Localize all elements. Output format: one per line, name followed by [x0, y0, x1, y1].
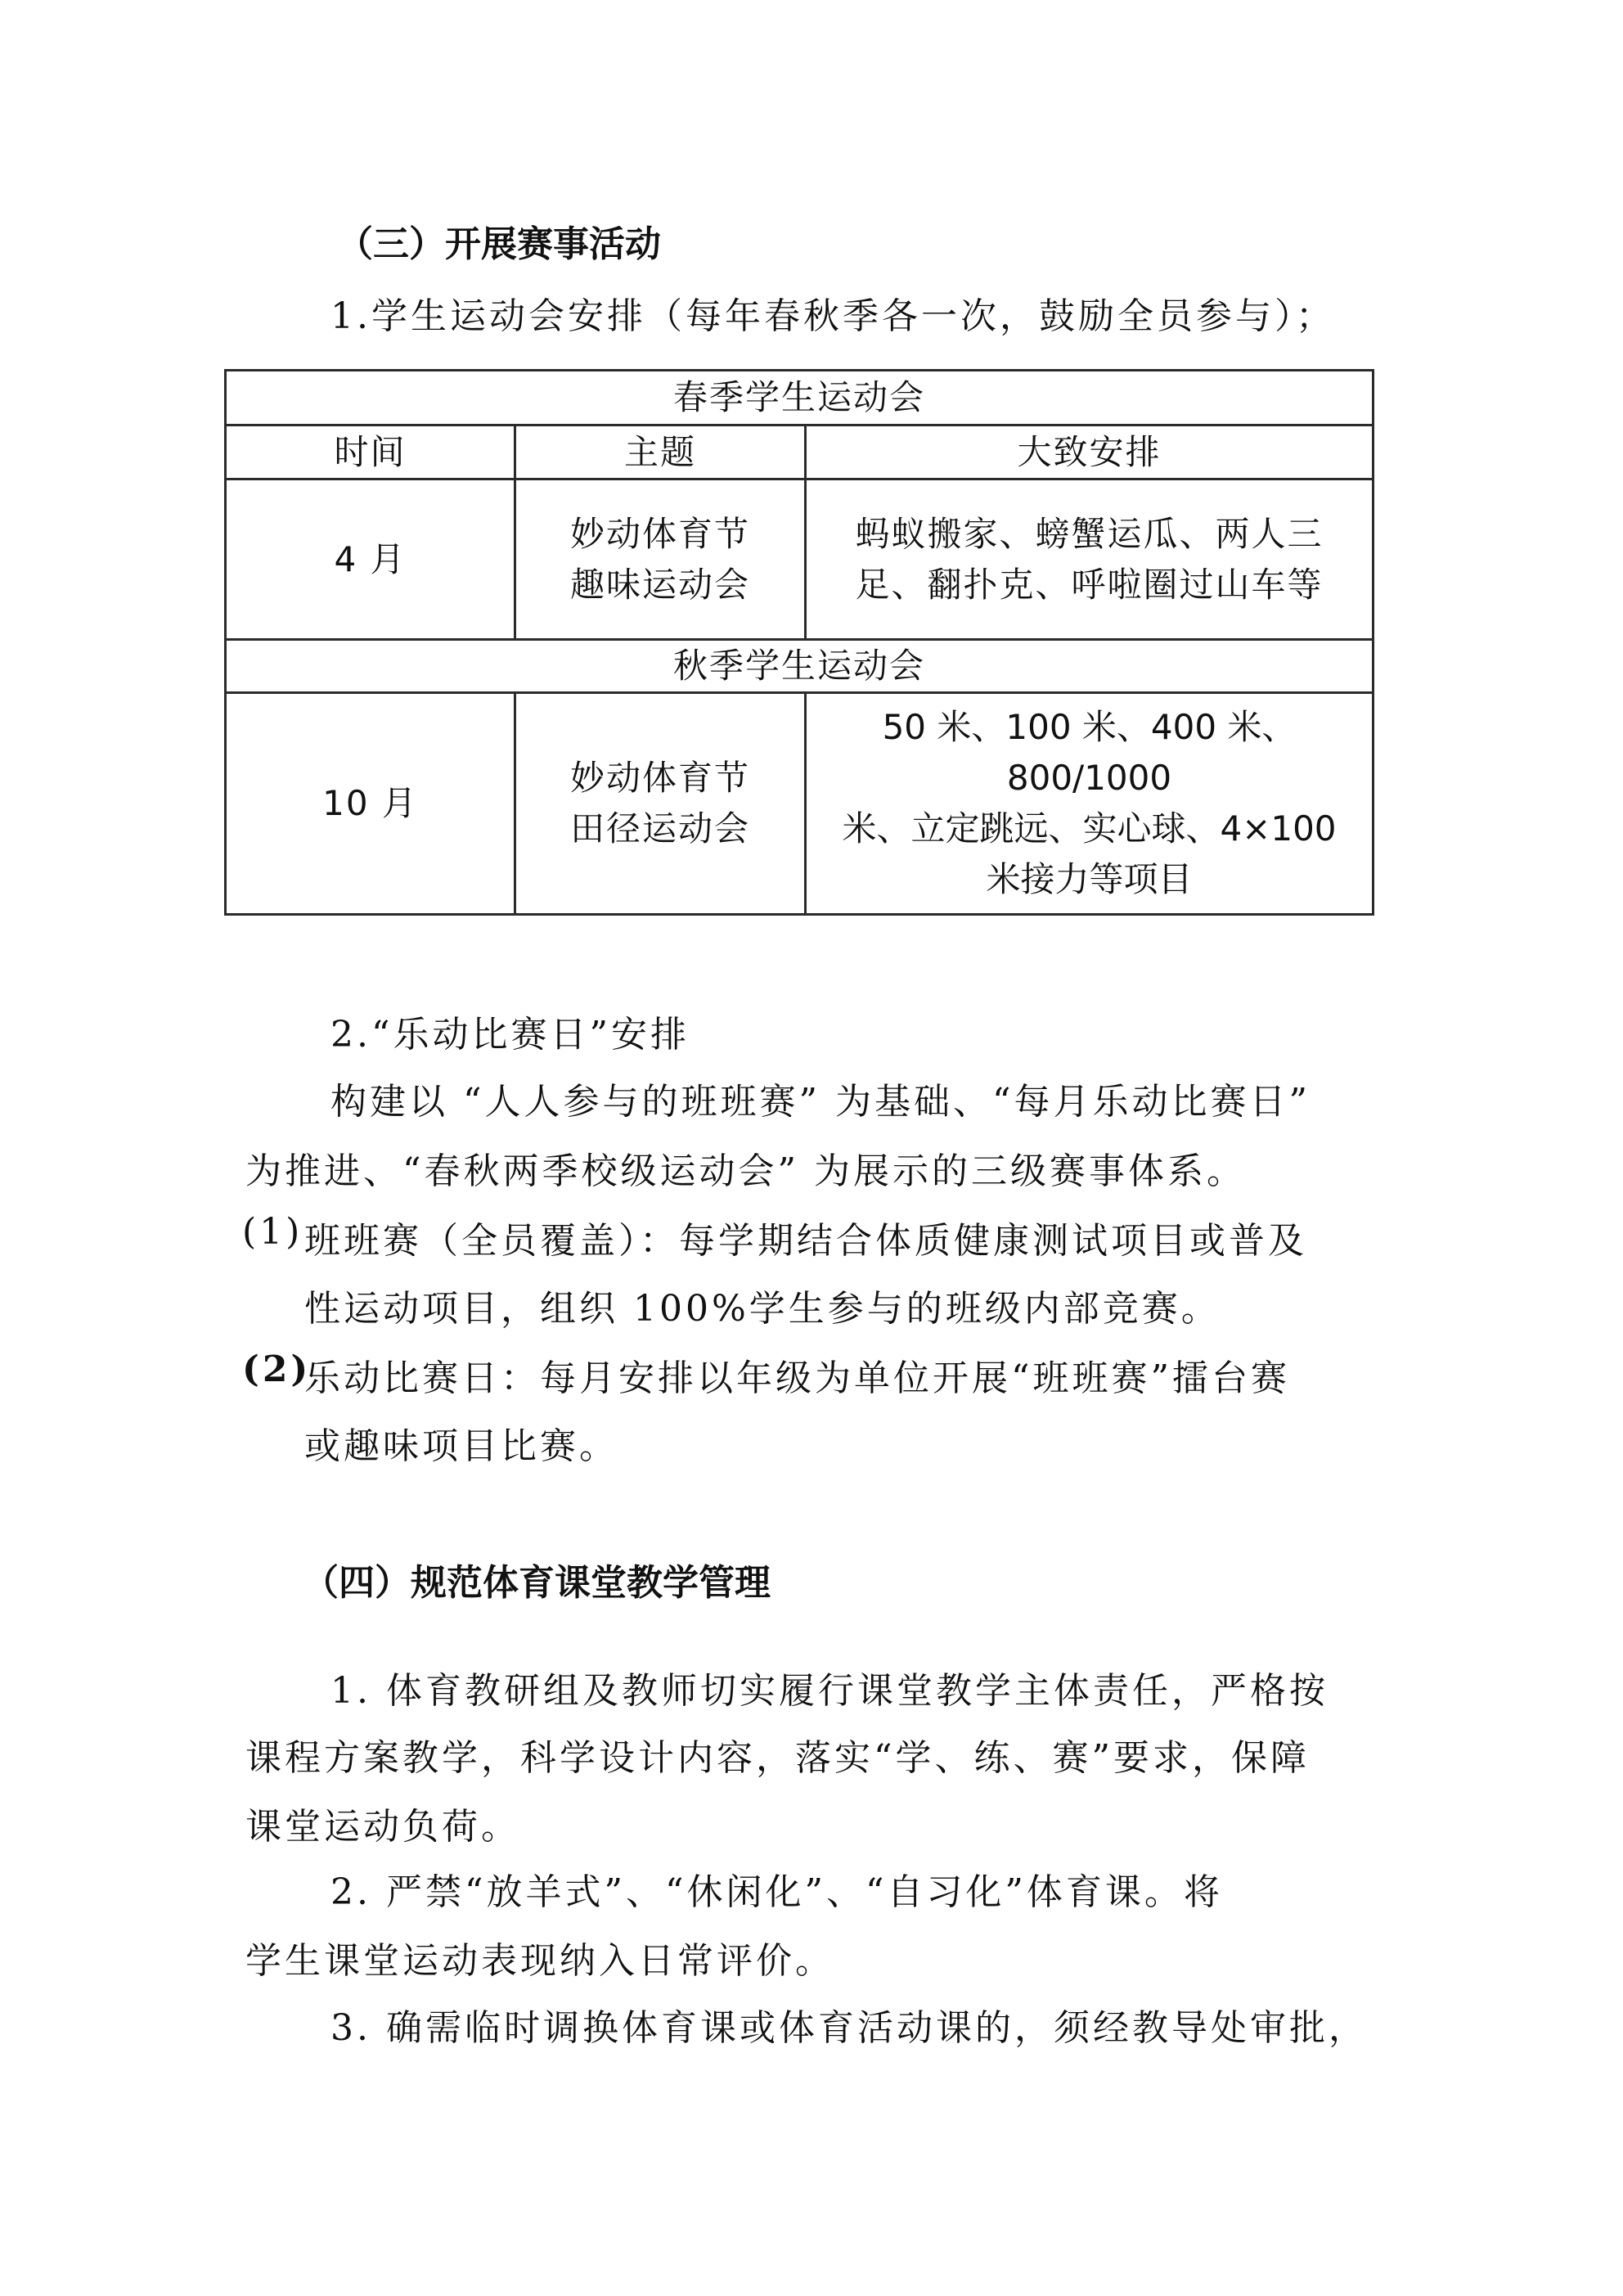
autumn-theme: 妙动体育节 田径运动会 — [515, 693, 806, 915]
spring-meet-title: 春季学生运动会 — [226, 371, 1373, 425]
autumn-theme-line2: 田径运动会 — [521, 804, 799, 854]
p3-line1: 3. 确需临时调换体育课或体育活动课的，须经教导处审批， — [330, 1998, 1368, 2051]
spring-plan-line2: 足、翻扑克、呼啦圈过山车等 — [811, 560, 1367, 610]
p2-line1: 2. 严禁“放羊式”、“休闲化”、“自习化”体育课。将 — [330, 1862, 1223, 1915]
item-2-para-line2: 为推进、“春秋两季校级运动会” 为展示的三级赛事体系。 — [245, 1141, 1246, 1194]
spring-theme: 妙动体育节 趣味运动会 — [515, 479, 806, 640]
spring-time: 4 月 — [226, 479, 515, 640]
header-plan: 大致安排 — [806, 425, 1373, 479]
autumn-meet-title: 秋季学生运动会 — [226, 640, 1373, 693]
header-theme: 主题 — [515, 425, 806, 479]
sub-item-2-line1: 乐动比赛日：每月安排以年级为单位开展“班班赛”擂台赛 — [304, 1348, 1290, 1401]
p2-line2: 学生课堂运动表现纳入日常评价。 — [245, 1931, 834, 1983]
p1-line1: 1. 体育教研组及教师切实履行课堂教学主体责任，严格按 — [330, 1661, 1329, 1713]
autumn-plan: 50 米、100 米、400 米、800/1000 米、立定跳远、实心球、4×1… — [806, 693, 1373, 915]
section-heading-events: （三）开展赛事活动 — [337, 214, 661, 267]
spring-theme-line2: 趣味运动会 — [521, 560, 799, 610]
section-heading-teaching: （四）规范体育课堂教学管理 — [303, 1553, 771, 1605]
item-1-sports-meet: 1.学生运动会安排（每年春秋季各一次，鼓励全员参与）； — [330, 286, 1335, 339]
sub-item-2-number: (2) — [242, 1348, 311, 1390]
spring-theme-line1: 妙动体育节 — [521, 509, 799, 560]
autumn-theme-line1: 妙动体育节 — [521, 753, 799, 804]
autumn-time: 10 月 — [226, 693, 515, 915]
item-2-para-line1: 构建以 “人人参与的班班赛” 为基础、“每月乐动比赛日” — [330, 1072, 1311, 1124]
sub-item-1-line2: 性运动项目，组织 100%学生参与的班级内部竞赛。 — [304, 1279, 1221, 1331]
autumn-plan-line2: 米、立定跳远、实心球、4×100 — [811, 804, 1367, 854]
autumn-plan-line3: 米接力等项目 — [811, 854, 1367, 905]
spring-plan: 蚂蚁搬家、螃蟹运瓜、两人三 足、翻扑克、呼啦圈过山车等 — [806, 479, 1373, 640]
sub-item-1-line1: 班班赛（全员覆盖）：每学期结合体质健康测试项目或普及 — [304, 1211, 1307, 1263]
p1-line2: 课程方案教学，科学设计内容，落实“学、练、赛”要求，保障 — [245, 1728, 1310, 1781]
sports-meet-table: 春季学生运动会 时间 主题 大致安排 4 月 妙动体育节 趣味运动会 蚂蚁搬家、… — [224, 369, 1374, 916]
p1-line3: 课堂运动负荷。 — [245, 1797, 520, 1849]
spring-plan-line1: 蚂蚁搬家、螃蟹运瓜、两人三 — [811, 509, 1367, 560]
header-time: 时间 — [226, 425, 515, 479]
item-2-title: 2.“乐动比赛日”安排 — [330, 1005, 690, 1057]
sub-item-2-line2: 或趣味项目比赛。 — [304, 1416, 618, 1469]
sub-item-1-number: (1) — [242, 1211, 303, 1253]
autumn-plan-line1: 50 米、100 米、400 米、800/1000 — [811, 702, 1367, 804]
